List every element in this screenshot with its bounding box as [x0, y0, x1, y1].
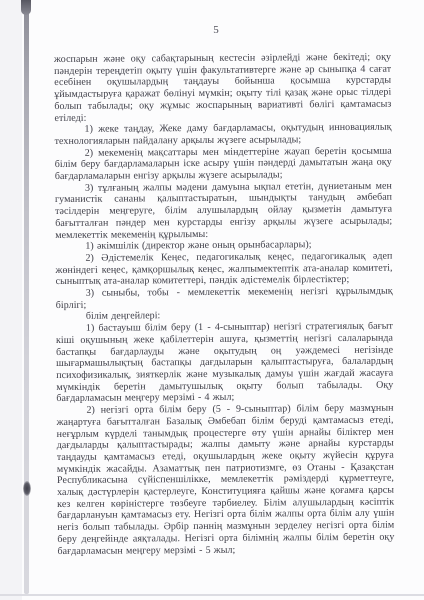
- page-number: 5: [204, 24, 228, 36]
- scan-left-margin: [0, 0, 22, 600]
- page-bottom-edge: [0, 594, 424, 596]
- paragraph: 2) мекеменің мақсаттары мен міндеттеріне…: [55, 145, 392, 182]
- scanned-document-page: 5 жоспарын және оқу сабақтарының кестесі…: [0, 0, 424, 600]
- paragraph: 2) Әдістемелік Кеңес, педагогикалық кеңе…: [55, 251, 392, 288]
- staple-mark: [23, 481, 31, 496]
- page-edge-shadow-top: [21, 0, 31, 15]
- page-edge-shadow: [24, 10, 29, 594]
- paragraph: 3) тұлғаның жалпы мәдени дамуына ықпал е…: [55, 180, 392, 241]
- paragraph: 1) жеке таңдау, Жеке даму бағдарламасы, …: [54, 122, 391, 148]
- paragraph: 3) сыныбы, тобы - мемлекеттік мекеменің …: [56, 286, 393, 312]
- paragraph: 2) негізгі орта білім беру (5 - 9-сыныпт…: [56, 403, 394, 557]
- paragraph: жоспарын және оқу сабақтарының кестесін …: [54, 52, 391, 125]
- document-body-text: жоспарын және оқу сабақтарының кестесін …: [54, 52, 395, 558]
- paragraph: 1) бастауыш білім беру (1 - 4-сыныптар) …: [56, 321, 394, 405]
